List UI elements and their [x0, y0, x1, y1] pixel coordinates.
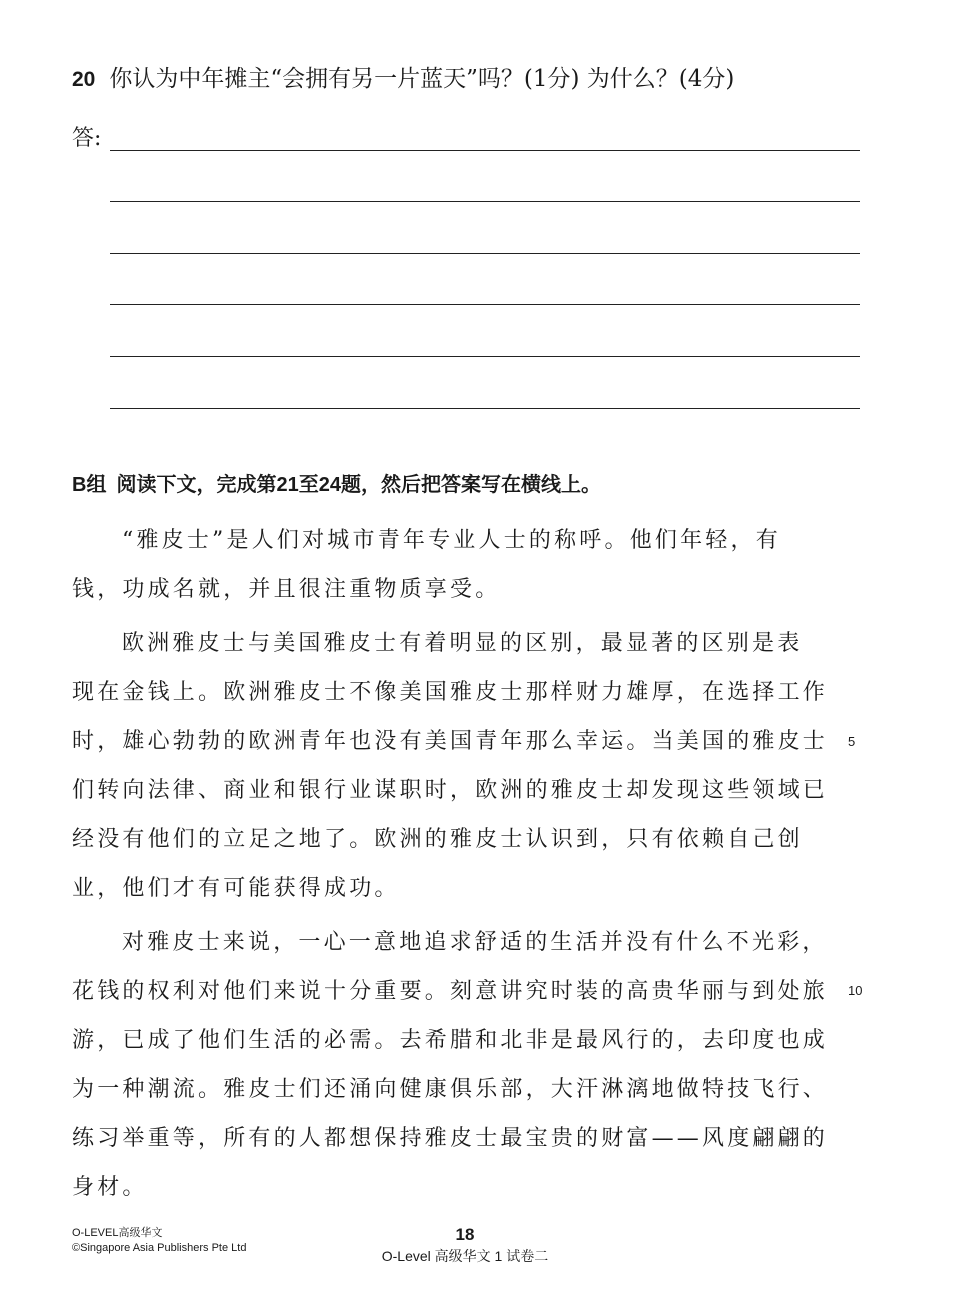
- answer-line-1[interactable]: [110, 150, 860, 151]
- footer-page-info: 18 O-Level 高级华文 1 试卷二: [330, 1224, 600, 1266]
- passage-line: 钱，功成名就，并且很注重物质享受。: [72, 565, 830, 614]
- answer-line-3[interactable]: [110, 253, 860, 254]
- page-number: 18: [330, 1224, 600, 1246]
- answer-label: 答:: [72, 124, 101, 154]
- line-number-10: 10: [848, 983, 862, 998]
- answer-line-6[interactable]: [110, 408, 860, 409]
- passage-paragraph-1: “雅皮士”是人们对城市青年专业人士的称呼。他们年轻，有 钱，功成名就，并且很注重…: [72, 516, 830, 614]
- passage-paragraph-3: 对雅皮士来说，一心一意地追求舒适的生活并没有什么不光彩， 花钱的权利对他们来说十…: [72, 918, 830, 1212]
- line-number-5: 5: [848, 734, 855, 749]
- footer-copyright: ©Singapore Asia Publishers Pte Ltd: [72, 1241, 246, 1256]
- paper-name: O-Level 高级华文 1 试卷二: [330, 1246, 600, 1266]
- passage-line: 对雅皮士来说，一心一意地追求舒适的生活并没有什么不光彩，: [72, 918, 830, 967]
- footer-series-title: O-LEVEL高级华文: [72, 1226, 246, 1241]
- section-b-heading: B组阅读下文，完成第21至24题，然后把答案写在横线上。: [72, 470, 601, 500]
- answer-line-5[interactable]: [110, 356, 860, 357]
- passage-line: 们转向法律、商业和银行业谋职时，欧洲的雅皮士却发现这些领域已: [72, 766, 830, 815]
- passage-line: “雅皮士”是人们对城市青年专业人士的称呼。他们年轻，有: [72, 516, 830, 565]
- answer-line-2[interactable]: [110, 201, 860, 202]
- passage-line: 身材。: [72, 1163, 830, 1212]
- passage-line: 为一种潮流。雅皮士们还涌向健康俱乐部，大汗淋漓地做特技飞行、: [72, 1065, 830, 1114]
- passage-line: 游，已成了他们生活的必需。去希腊和北非是最风行的，去印度也成: [72, 1016, 830, 1065]
- passage-paragraph-2: 欧洲雅皮士与美国雅皮士有着明显的区别，最显著的区别是表 现在金钱上。欧洲雅皮士不…: [72, 619, 830, 913]
- passage-line: 现在金钱上。欧洲雅皮士不像美国雅皮士那样财力雄厚，在选择工作: [72, 668, 830, 717]
- passage-line: 花钱的权利对他们来说十分重要。刻意讲究时装的高贵华丽与到处旅: [72, 967, 830, 1016]
- question-20: 20你认为中年摊主“会拥有另一片蓝天”吗？(1分) 为什么？(4分): [72, 62, 734, 97]
- section-label: B组: [72, 474, 106, 496]
- footer-publisher: O-LEVEL高级华文 ©Singapore Asia Publishers P…: [72, 1226, 246, 1256]
- passage-line: 时，雄心勃勃的欧洲青年也没有美国青年那么幸运。当美国的雅皮士: [72, 717, 830, 766]
- question-text: 你认为中年摊主“会拥有另一片蓝天”吗？(1分) 为什么？(4分): [109, 66, 734, 92]
- passage-line: 欧洲雅皮士与美国雅皮士有着明显的区别，最显著的区别是表: [72, 619, 830, 668]
- passage-line: 练习举重等，所有的人都想保持雅皮士最宝贵的财富——风度翩翩的: [72, 1114, 830, 1163]
- passage-line: 经没有他们的立足之地了。欧洲的雅皮士认识到，只有依赖自己创: [72, 815, 830, 864]
- answer-line-4[interactable]: [110, 304, 860, 305]
- question-number: 20: [72, 68, 95, 91]
- section-instruction: 阅读下文，完成第21至24题，然后把答案写在横线上。: [116, 474, 601, 496]
- passage-line: 业，他们才有可能获得成功。: [72, 864, 830, 913]
